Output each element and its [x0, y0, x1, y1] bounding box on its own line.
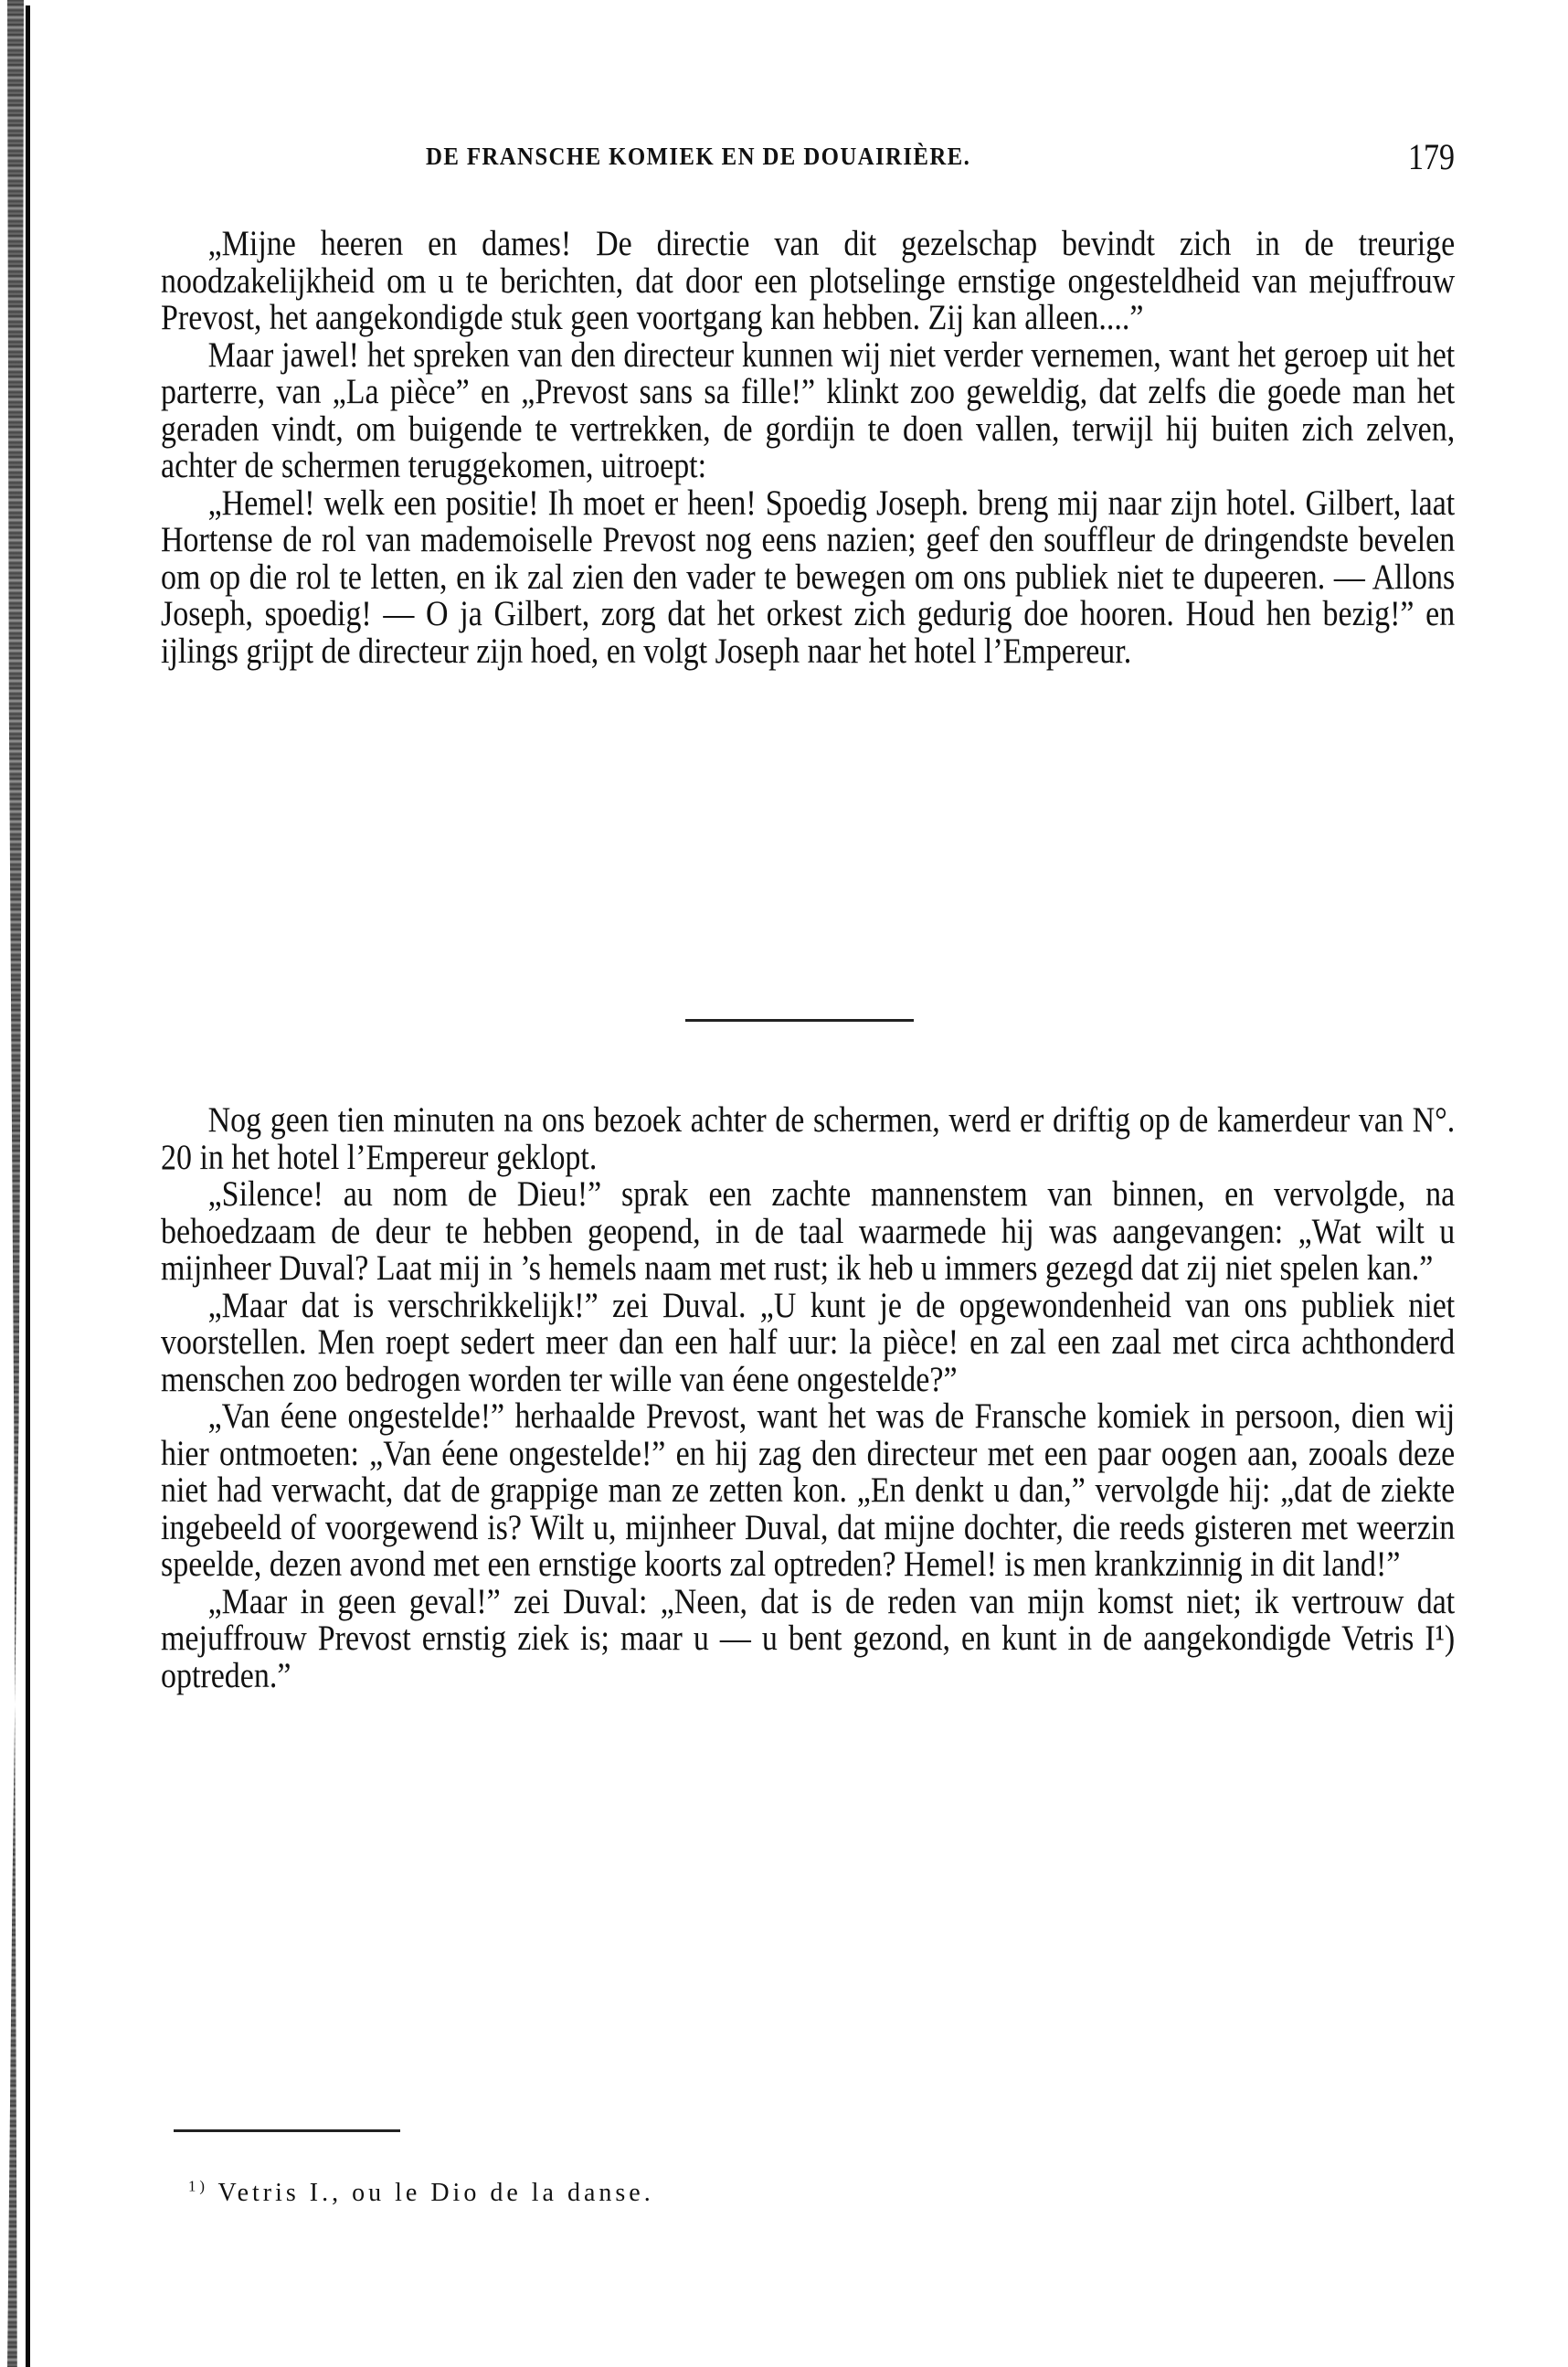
- paragraph: „Maar in geen geval!” zei Duval: „Neen, …: [161, 1583, 1455, 1694]
- paragraph: „Maar dat is verschrikkelijk!” zei Duval…: [161, 1287, 1455, 1398]
- binding-shadow: [7, 0, 24, 2367]
- running-head: DE FRANSCHE KOMIEK EN DE DOUAIRIÈRE. 179: [161, 135, 1455, 181]
- text-block-before-break: „Mijne heeren en dames! De directie van …: [161, 225, 1455, 669]
- footnote-rule: [174, 2129, 400, 2132]
- paragraph: „Van éene ongestelde!” herhaalde Prevost…: [161, 1397, 1455, 1583]
- page-number: 179: [1408, 135, 1455, 178]
- binding-line: [26, 5, 30, 2367]
- footnote-marker: 1): [188, 2178, 208, 2195]
- paragraph: Nog geen tien minuten na ons bezoek acht…: [161, 1101, 1455, 1175]
- text-block-after-break: Nog geen tien minuten na ons bezoek acht…: [161, 1101, 1455, 1693]
- footnote-text: Vetris I., ou le Dio de la danse.: [217, 2179, 653, 2207]
- book-binding-edge: [0, 0, 37, 2367]
- paragraph: „Mijne heeren en dames! De directie van …: [161, 225, 1455, 336]
- section-break-rule: [685, 1019, 914, 1022]
- running-title: DE FRANSCHE KOMIEK EN DE DOUAIRIÈRE.: [426, 143, 970, 171]
- paragraph: „Silence! au nom de Dieu!” sprak een zac…: [161, 1175, 1455, 1287]
- footnote: 1) Vetris I., ou le Dio de la danse.: [188, 2179, 654, 2208]
- paragraph: „Hemel! welk een positie! Ih moet er hee…: [161, 484, 1455, 670]
- paragraph: Maar jawel! het spreken van den directeu…: [161, 336, 1455, 484]
